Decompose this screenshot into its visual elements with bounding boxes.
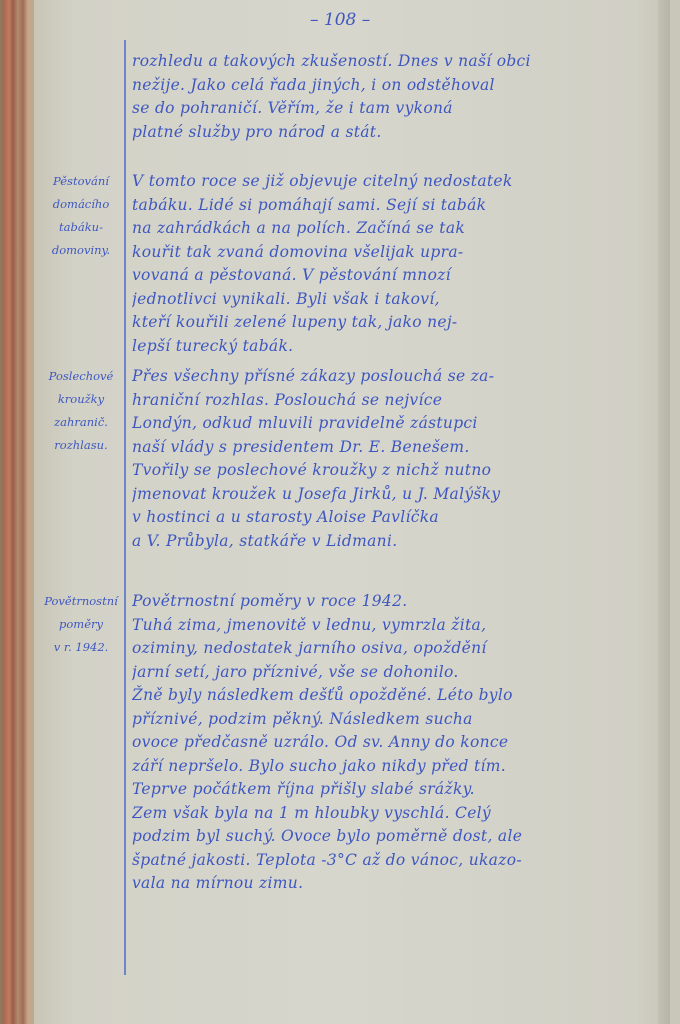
text-line: na zahrádkách a na polích. Začíná se tak bbox=[132, 217, 667, 241]
text-line: v hostinci a u starosty Aloise Pavlíčka bbox=[132, 506, 667, 530]
entry-radio: Přes všechny přísné zákazy poslouchá se … bbox=[132, 365, 667, 553]
text-line: jarní setí, jaro příznivé, vše se dohoni… bbox=[132, 661, 667, 685]
text-line: naší vlády s presidentem Dr. E. Benešem. bbox=[132, 436, 667, 460]
note-line: rozhlasu. bbox=[38, 434, 124, 457]
text-line: rozhledu a takových zkušeností. Dnes v n… bbox=[132, 50, 667, 74]
note-line: domácího bbox=[38, 193, 124, 216]
text-line: příznivé, podzim pěkný. Následkem sucha bbox=[132, 708, 667, 732]
text-line: hraniční rozhlas. Poslouchá se nejvíce bbox=[132, 389, 667, 413]
book-binding-edge bbox=[0, 0, 34, 1024]
text-line: Londýn, odkud mluvili pravidelně zástupc… bbox=[132, 412, 667, 436]
margin-note-radio: Poslechové kroužky zahranič. rozhlasu. bbox=[38, 365, 124, 457]
text-line: kteří kouřili zelené lupeny tak, jako ne… bbox=[132, 311, 667, 335]
text-line: Teprve počátkem října přišly slabé srážk… bbox=[132, 778, 667, 802]
page-number: – 108 – bbox=[310, 10, 370, 30]
text-line: Tuhá zima, jmenovitě v lednu, vymrzla ži… bbox=[132, 614, 667, 638]
text-line: tabáku. Lidé si pomáhají sami. Sejí si t… bbox=[132, 194, 667, 218]
note-line: Pěstování bbox=[38, 170, 124, 193]
margin-rule-line bbox=[124, 40, 126, 975]
text-line: Žně byly následkem dešťů opožděné. Léto … bbox=[132, 684, 667, 708]
margin-note-tobacco: Pěstování domácího tabáku- domoviny. bbox=[38, 170, 124, 262]
text-line: vovaná a pěstovaná. V pěstování mnozí bbox=[132, 264, 667, 288]
text-line: kouřit tak zvaná domovina všelijak upra- bbox=[132, 241, 667, 265]
text-line: Přes všechny přísné zákazy poslouchá se … bbox=[132, 365, 667, 389]
text-line: ovoce předčasně uzrálo. Od sv. Anny do k… bbox=[132, 731, 667, 755]
margin-note-weather: Povětrnostní poměry v r. 1942. bbox=[38, 590, 124, 659]
note-line: poměry bbox=[38, 613, 124, 636]
text-line: se do pohraničí. Věřím, že i tam vykoná bbox=[132, 97, 667, 121]
note-line: Povětrnostní bbox=[38, 590, 124, 613]
note-line: domoviny. bbox=[38, 239, 124, 262]
text-line: září nepršelo. Bylo sucho jako nikdy pře… bbox=[132, 755, 667, 779]
text-line: jmenovat kroužek u Josefa Jirků, u J. Ma… bbox=[132, 483, 667, 507]
note-line: Poslechové bbox=[38, 365, 124, 388]
text-line: V tomto roce se již objevuje citelný ned… bbox=[132, 170, 667, 194]
note-line: zahranič. bbox=[38, 411, 124, 434]
text-line: vala na mírnou zimu. bbox=[132, 872, 667, 896]
text-line: oziminy, nedostatek jarního osiva, opožd… bbox=[132, 637, 667, 661]
text-line: a V. Průbyla, statkáře v Lidmani. bbox=[132, 530, 667, 554]
entry-continuation: rozhledu a takových zkušeností. Dnes v n… bbox=[132, 50, 667, 144]
text-line: podzim byl suchý. Ovoce bylo poměrně dos… bbox=[132, 825, 667, 849]
entry-weather: Povětrnostní poměry v roce 1942. Tuhá zi… bbox=[132, 590, 667, 896]
note-line: v r. 1942. bbox=[38, 636, 124, 659]
entry-tobacco: V tomto roce se již objevuje citelný ned… bbox=[132, 170, 667, 358]
note-line: kroužky bbox=[38, 388, 124, 411]
text-line: jednotlivci vynikali. Byli však i takoví… bbox=[132, 288, 667, 312]
text-line: Tvořily se poslechové kroužky z nichž nu… bbox=[132, 459, 667, 483]
note-line: tabáku- bbox=[38, 216, 124, 239]
text-line: Zem však byla na 1 m hloubky vyschlá. Ce… bbox=[132, 802, 667, 826]
text-line: Povětrnostní poměry v roce 1942. bbox=[132, 590, 667, 614]
text-line: platné služby pro národ a stát. bbox=[132, 121, 667, 145]
text-line: nežije. Jako celá řada jiných, i on odst… bbox=[132, 74, 667, 98]
text-line: špatné jakosti. Teplota -3°C až do vánoc… bbox=[132, 849, 667, 873]
text-line: lepší turecký tabák. bbox=[132, 335, 667, 359]
